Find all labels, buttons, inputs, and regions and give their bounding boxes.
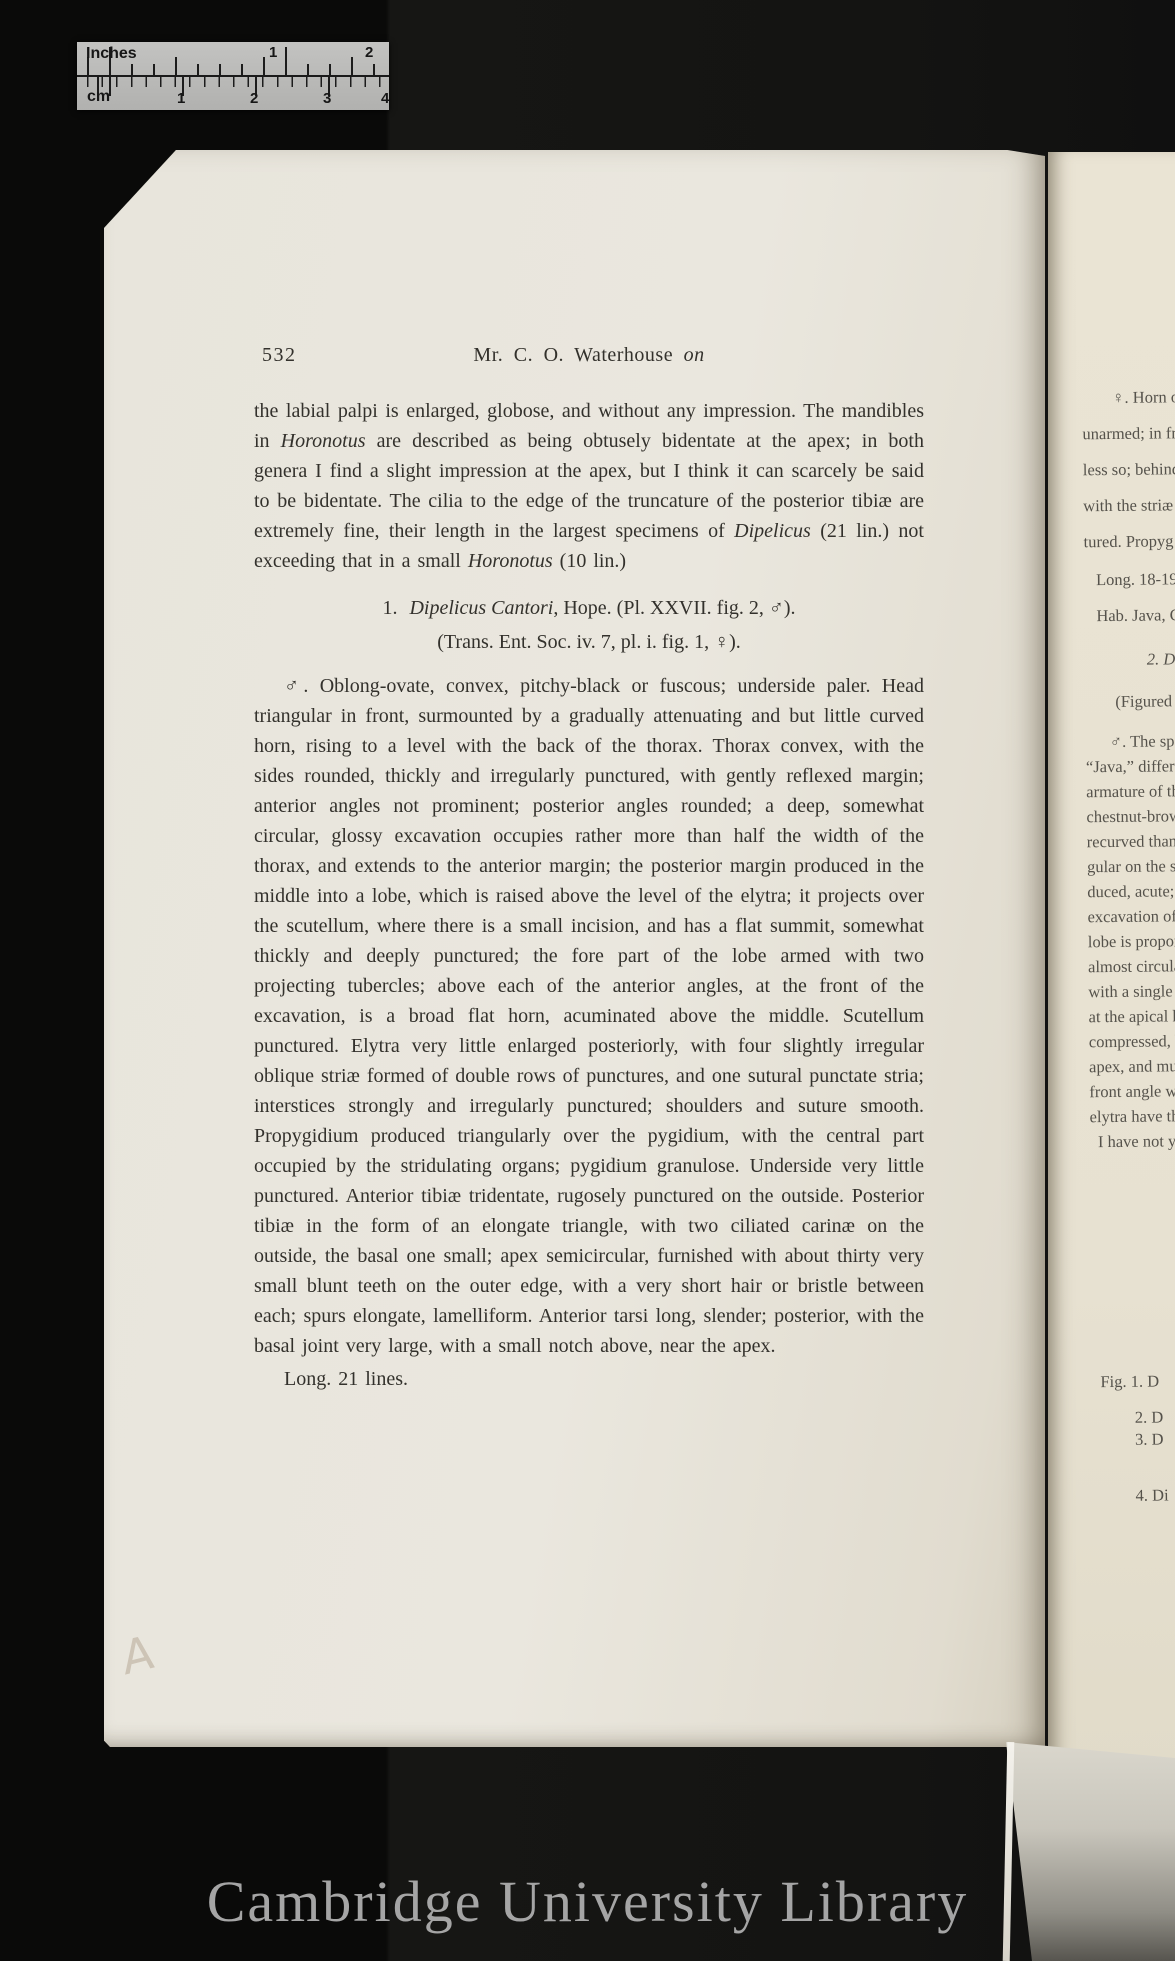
facing-page-text-line: less so; behind (1083, 459, 1175, 480)
running-head-row: 532 Mr. C. O. Waterhouse on (254, 340, 924, 370)
species-number: 1. (382, 597, 397, 619)
running-header: Mr. C. O. Waterhouse on (254, 340, 924, 370)
facing-page-text-line: 2. D (1135, 1407, 1164, 1427)
ruler-cm-number: 1 (177, 90, 185, 107)
ruler-cm-number: 3 (323, 90, 331, 107)
facing-page-text-line: chestnut-brown (1086, 806, 1175, 827)
paragraph-intro: the labial palpi is enlarged, globose, a… (254, 396, 924, 576)
species-heading: 1.Dipelicus Cantori, Hope. (Pl. XXVII. f… (254, 593, 924, 657)
length-note: Long. 21 lines. (254, 1364, 924, 1394)
facing-page-text-line: I have not ye (1098, 1131, 1175, 1152)
genus-name: Dipelicus (734, 520, 811, 542)
facing-page-text-line: at the apical h (1088, 1006, 1175, 1027)
facing-page-text-line: front angle wit (1089, 1081, 1175, 1102)
ruler-inch-number: 1 (269, 44, 277, 61)
facing-page-text-line: Hab. Java, C (1096, 605, 1175, 626)
species-author: , Hope. (Pl. XXVII. fig. 2, ♂). (553, 597, 795, 619)
species-heading-line1: 1.Dipelicus Cantori, Hope. (Pl. XXVII. f… (254, 593, 924, 623)
running-header-italic: on (684, 344, 705, 366)
ruler-cm-number: 2 (250, 90, 258, 107)
genus-name: Horonotus (468, 550, 553, 572)
page-corner-fold (104, 150, 180, 232)
facing-page-text-line: ♀. Horn on (1112, 387, 1175, 408)
page-text-block: 532 Mr. C. O. Waterhouse on the labial p… (254, 340, 924, 1394)
text-run: (10 lin.) (553, 550, 626, 572)
facing-page-text-line: unarmed; in fr (1082, 423, 1175, 444)
facing-page-text-line: 3. D (1135, 1429, 1164, 1449)
facing-page-text-line: gular on the si (1087, 856, 1175, 877)
pencil-mark: A (119, 1624, 157, 1685)
facing-page-text-line: “Java,” differs (1086, 756, 1175, 777)
facing-page-text-line: compressed, br (1089, 1031, 1175, 1052)
facing-page-text: ♀. Horn onunarmed; in frless so; behindw… (1040, 151, 1175, 1770)
facing-page-edge: ♀. Horn onunarmed; in frless so; behindw… (1048, 152, 1175, 1770)
facing-page-text-line: duced, acute; (1087, 881, 1174, 902)
book-page: 532 Mr. C. O. Waterhouse on the labial p… (104, 150, 1045, 1747)
facing-page-text-line: almost circular (1088, 956, 1175, 977)
facing-page-text-line: ♂. The spe (1110, 731, 1175, 752)
paragraph-description: ♂. Oblong-ovate, convex, pitchy-black or… (254, 671, 924, 1361)
running-header-text: Mr. C. O. Waterhouse (473, 344, 683, 366)
facing-page-text-line: with the striæ (1083, 495, 1173, 516)
facing-page-text-line: with a single (1088, 981, 1173, 1002)
measurement-ruler: Inches 1 2 cm 1 2 3 4 5 (77, 42, 389, 110)
facing-page-text-line: excavation of t (1087, 906, 1175, 927)
facing-page-text-line: Fig. 1. D (1100, 1372, 1159, 1393)
ruler-inch-number: 2 (365, 44, 373, 61)
facing-page-text-line: elytra have the (1090, 1106, 1175, 1127)
facing-page-text-line: Long. 18-19½ (1096, 569, 1175, 590)
ruler-cm-label: cm (87, 88, 110, 106)
facing-page-text-line: (Figured by (1115, 691, 1175, 712)
ruler-cm-number: 4 (381, 90, 389, 107)
book-scan-photo: Inches 1 2 cm 1 2 3 4 5 532 Mr. C. O. Wa… (0, 0, 1175, 1961)
facing-page-text-line: apex, and much (1089, 1056, 1175, 1077)
facing-page-text-line: tured. Propyg (1084, 531, 1174, 552)
facing-page-text-line: recurved than i (1087, 831, 1175, 852)
ruler-cm-ticks (83, 77, 387, 97)
species-name: Dipelicus Cantori (409, 597, 553, 619)
facing-page-text-line: armature of the (1086, 781, 1175, 802)
library-watermark: Cambridge University Library (0, 1868, 1175, 1935)
facing-page-text-line: lobe is proport (1088, 931, 1175, 952)
species-heading-reference: (Trans. Ent. Soc. iv. 7, pl. i. fig. 1, … (254, 627, 924, 657)
facing-page-text-line: 2. Dip (1147, 649, 1175, 669)
facing-page-text-line: 4. Di (1135, 1485, 1168, 1505)
ruler-inches-label: Inches (86, 45, 137, 63)
genus-name: Horonotus (281, 430, 366, 452)
